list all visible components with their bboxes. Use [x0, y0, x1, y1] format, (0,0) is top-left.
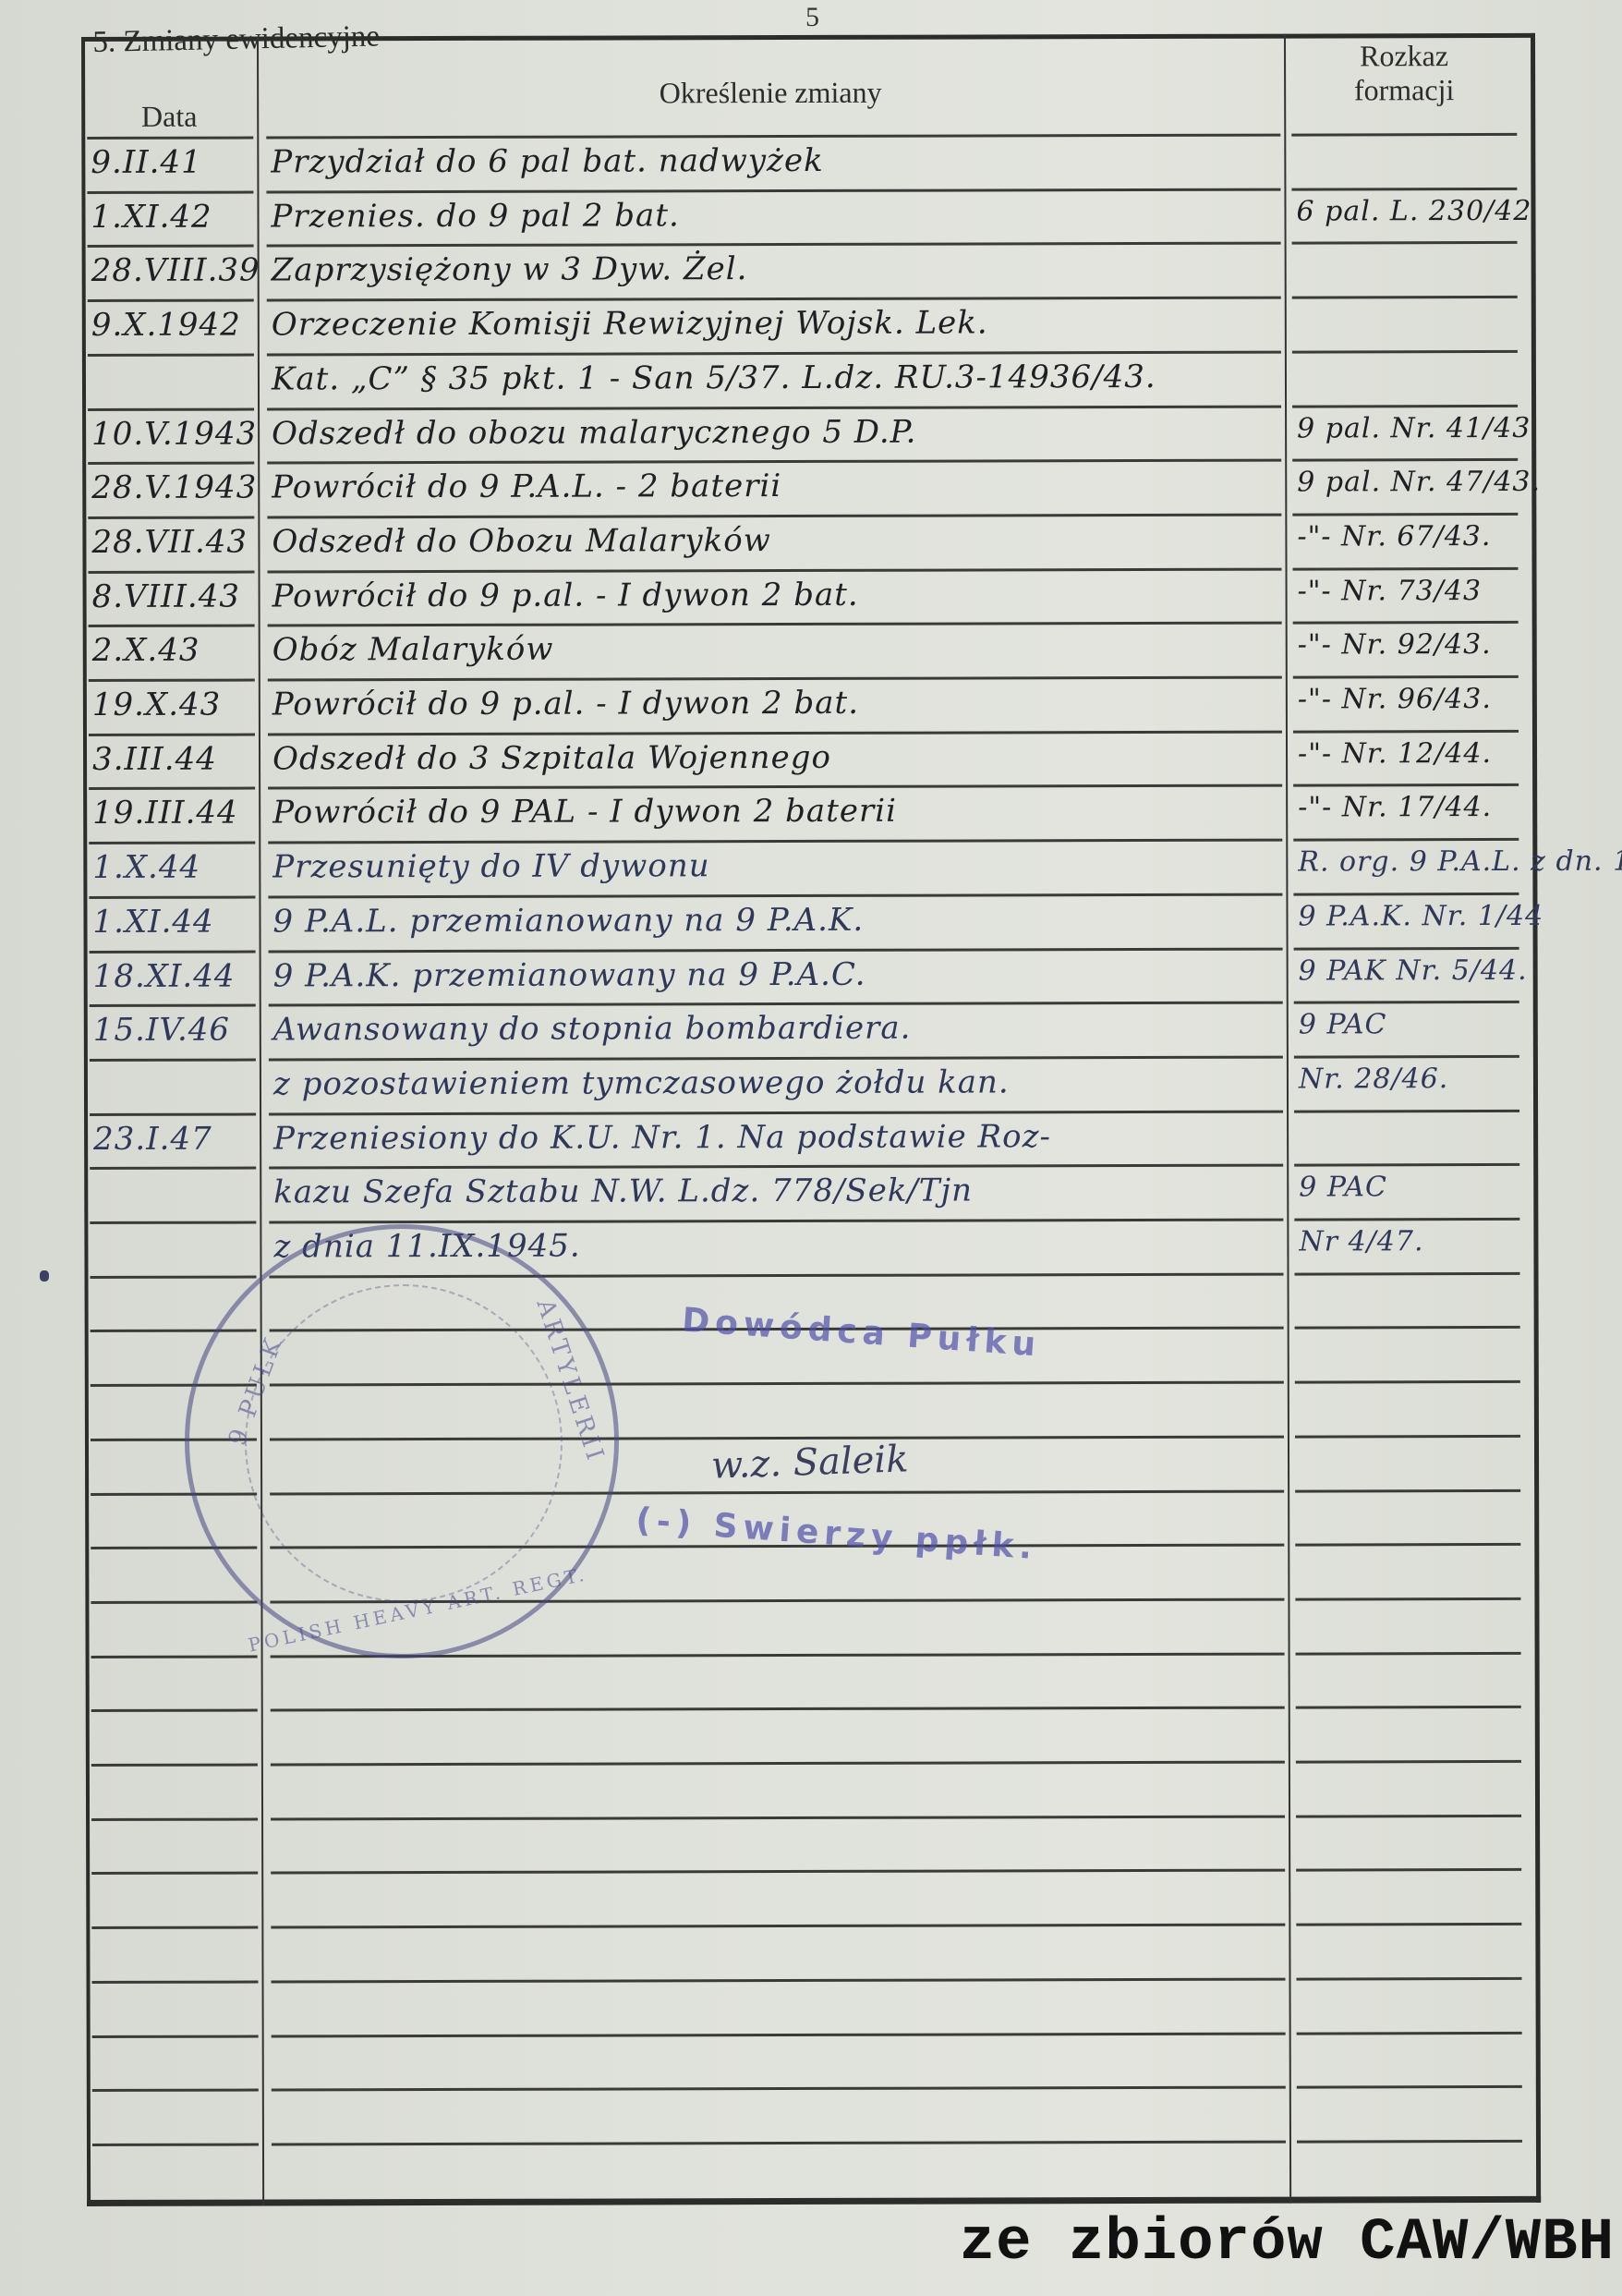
- cell-date: 10.V.1943: [91, 416, 257, 453]
- row-rule: [90, 1167, 256, 1170]
- row-rule: [1297, 1977, 1522, 1981]
- row-rule: [1295, 1543, 1520, 1547]
- cell-description: Odszedł do Obozu Malaryków: [272, 522, 770, 560]
- row-rule: [91, 1709, 258, 1712]
- row-rule: [1295, 1597, 1520, 1601]
- cell-date: 2.X.43: [92, 632, 200, 669]
- row-rule: [268, 893, 1282, 899]
- cell-date: 1.XI.44: [92, 904, 213, 941]
- cell-date: 1.X.44: [92, 849, 200, 886]
- cell-description: Przesunięty do IV dywonu: [272, 847, 709, 885]
- row-rule: [267, 242, 1281, 248]
- row-rule: [269, 948, 1283, 954]
- row-rule: [90, 951, 256, 954]
- row-rule: [271, 1924, 1285, 1929]
- row-rule: [89, 734, 255, 736]
- row-rule: [1293, 838, 1519, 842]
- row-rule: [88, 354, 254, 357]
- row-rule: [91, 1656, 258, 1658]
- cell-order: -"- Nr. 96/43.: [1298, 683, 1492, 716]
- row-rule: [91, 1818, 258, 1821]
- row-rule: [271, 1707, 1285, 1712]
- row-rule: [1297, 2032, 1522, 2035]
- row-rule: [89, 679, 255, 682]
- cell-order: 6 pal. L. 230/42: [1296, 195, 1531, 228]
- row-rule: [268, 568, 1282, 574]
- row-rule: [91, 1276, 257, 1279]
- row-rule: [1296, 1760, 1521, 1764]
- cell-date: 8.VIII.43: [92, 578, 240, 615]
- cell-description: Przenies. do 9 pal 2 bat.: [271, 197, 679, 235]
- row-rule: [272, 2141, 1286, 2146]
- cell-description: Powrócił do 9 PAL - I dywon 2 baterii: [272, 793, 897, 832]
- row-rule: [1296, 1706, 1521, 1709]
- row-rule: [272, 1978, 1286, 1984]
- row-rule: [92, 2035, 259, 2038]
- row-rule: [89, 625, 255, 627]
- cell-description: Odszedł do 3 Szpitala Wojennego: [272, 739, 831, 778]
- row-rule: [91, 1764, 258, 1767]
- cell-description: Awansowany do stopnia bombardiera.: [273, 1010, 912, 1049]
- row-rule: [267, 297, 1281, 302]
- row-rule: [90, 1113, 256, 1116]
- cell-date: 28.VII.43: [91, 524, 248, 561]
- row-rule: [266, 134, 1280, 140]
- row-rule: [88, 408, 254, 411]
- cell-date: 19.III.44: [92, 795, 238, 832]
- row-rule: [1292, 241, 1518, 245]
- header-order: Rozkaz formacji: [1284, 39, 1524, 107]
- cell-order: -"- Nr. 92/43.: [1298, 628, 1492, 662]
- cell-description: Powrócił do 9 p.al. - I dywon 2 bat.: [272, 685, 859, 723]
- row-rule: [267, 459, 1281, 465]
- row-rule: [91, 1872, 258, 1875]
- cell-date: 1.XI.42: [91, 199, 212, 236]
- row-rule: [1295, 1380, 1520, 1384]
- row-rule: [1294, 1055, 1519, 1059]
- cell-description: Orzeczenie Komisji Rewizyjnej Wojsk. Lek…: [272, 304, 988, 343]
- row-rule: [1294, 947, 1519, 951]
- cell-order: Nr 4/47.: [1299, 1225, 1423, 1257]
- cell-order: -"- Nr. 73/43: [1298, 575, 1483, 608]
- row-rule: [272, 2033, 1286, 2038]
- cell-description: 9 P.A.K. przemianowany na 9 P.A.C.: [273, 956, 866, 995]
- ink-blot: [40, 1270, 49, 1282]
- table-border-bottom: [87, 2196, 1541, 2206]
- row-rule: [1293, 567, 1519, 571]
- row-rule: [90, 1221, 256, 1224]
- cell-description: Powrócił do 9 P.A.L. - 2 baterii: [272, 468, 781, 505]
- row-rule: [1296, 1652, 1521, 1656]
- row-rule: [268, 731, 1282, 736]
- header-description: Określenie zmiany: [257, 75, 1284, 112]
- row-rule: [1292, 513, 1518, 516]
- row-rule: [269, 1111, 1283, 1116]
- cell-description: kazu Szefa Sztabu N.W. L.dz. 778/Sek/Tjn: [273, 1172, 973, 1210]
- row-rule: [1293, 675, 1519, 679]
- row-rule: [1295, 1272, 1520, 1276]
- cell-description: Obóz Malaryków: [272, 631, 554, 669]
- row-rule: [1292, 458, 1518, 462]
- cell-date: 23.I.47: [93, 1121, 212, 1158]
- row-rule: [271, 1761, 1285, 1767]
- row-rule: [91, 1926, 258, 1929]
- row-rule: [88, 462, 254, 465]
- cell-description: Przydział do 6 pal bat. nadwyżek: [271, 142, 823, 181]
- row-rule: [1292, 350, 1518, 354]
- row-rule: [1292, 296, 1518, 299]
- row-rule: [267, 351, 1281, 357]
- row-rule: [1296, 1923, 1521, 1926]
- cell-order: 9 PAC: [1299, 1171, 1387, 1203]
- row-rule: [1293, 893, 1519, 896]
- row-rule: [1294, 1218, 1519, 1221]
- page-number: 5: [805, 2, 819, 33]
- column-divider-date: [257, 36, 264, 2205]
- cell-description: 9 P.A.L. przemianowany na 9 P.A.K.: [272, 902, 864, 941]
- row-rule: [89, 787, 255, 790]
- column-divider-order: [1284, 34, 1291, 2204]
- cell-order: 9 pal. Nr. 47/43.: [1297, 466, 1541, 499]
- row-rule: [1293, 784, 1519, 787]
- table-border-right: [1531, 33, 1541, 2203]
- row-rule: [92, 1981, 259, 1984]
- row-rule: [89, 842, 255, 844]
- row-rule: [1295, 1435, 1520, 1439]
- row-rule: [1296, 1868, 1521, 1872]
- cell-description: Kat. „C” § 35 pkt. 1 - San 5/37. L.dz. R…: [272, 358, 1156, 398]
- row-rule: [269, 1164, 1283, 1170]
- row-rule: [1291, 133, 1517, 137]
- cell-date: 19.X.43: [92, 686, 221, 723]
- cell-date: 28.V.1943: [91, 469, 257, 506]
- cell-date: 9.II.41: [91, 144, 201, 181]
- cell-description: Odszedł do obozu malarycznego 5 D.P.: [272, 414, 916, 453]
- cell-order: 9 P.A.K. Nr. 1/44: [1298, 900, 1543, 933]
- cell-description: z pozostawieniem tymczasowego żołdu kan.: [273, 1063, 1010, 1102]
- header-date: Data: [81, 100, 257, 134]
- row-rule: [1297, 2085, 1522, 2089]
- row-rule: [1294, 1001, 1519, 1004]
- handwritten-signature: w.z. Saleik: [710, 1438, 909, 1487]
- cell-description: Powrócił do 9 p.al. - I dywon 2 bat.: [272, 577, 859, 615]
- row-rule: [268, 839, 1282, 844]
- records-table: Data Określenie zmiany Rozkaz formacji 9…: [81, 33, 1541, 2206]
- row-rule: [267, 406, 1281, 411]
- cell-description: Przeniesiony do K.U. Nr. 1. Na podstawie…: [273, 1118, 1051, 1157]
- row-rule: [91, 1601, 257, 1604]
- row-rule: [1295, 1326, 1520, 1330]
- row-rule: [266, 188, 1280, 194]
- row-rule: [269, 1002, 1283, 1007]
- cell-order: 9 PAC: [1299, 1008, 1387, 1040]
- cell-date: 9.X.1942: [91, 307, 241, 344]
- archive-watermark: ze zbiorów CAW/WBH: [960, 2210, 1615, 2277]
- cell-date: 3.III.44: [92, 741, 217, 778]
- row-rule: [268, 784, 1282, 790]
- row-rule: [1293, 621, 1519, 625]
- row-rule: [1296, 1815, 1521, 1818]
- row-rule: [271, 1869, 1285, 1875]
- cell-order: -"- Nr. 67/43.: [1297, 520, 1491, 553]
- row-rule: [1291, 188, 1517, 191]
- row-rule: [89, 896, 255, 899]
- cell-order: -"- Nr. 17/44.: [1298, 791, 1492, 824]
- row-rule: [271, 1816, 1285, 1821]
- cell-date: 28.VIII.39: [91, 251, 260, 288]
- cell-date: 18.XI.44: [93, 958, 236, 995]
- row-rule: [268, 676, 1282, 682]
- row-rule: [92, 2089, 259, 2092]
- cell-order: 9 PAK Nr. 5/44.: [1299, 954, 1528, 988]
- row-rule: [1293, 730, 1519, 734]
- table-border-left: [81, 37, 91, 2206]
- row-rule: [1297, 2140, 1522, 2144]
- row-rule: [267, 514, 1281, 519]
- row-rule: [88, 516, 254, 519]
- row-rule: [1292, 405, 1518, 408]
- cell-order: R. org. 9 P.A.L. z dn. 1.X.44.: [1298, 844, 1622, 878]
- regiment-stamp: 9 PUŁK ARTYLERII POLISH HEAVY ART. REGT.: [185, 1224, 619, 1658]
- row-rule: [87, 191, 253, 194]
- row-rule: [1294, 1110, 1519, 1113]
- row-rule: [89, 571, 255, 574]
- row-rule: [90, 1004, 256, 1007]
- cell-description: Zaprzysiężony w 3 Dyw. Żel.: [272, 250, 748, 288]
- cell-date: 15.IV.46: [93, 1012, 230, 1049]
- row-rule: [269, 1219, 1283, 1224]
- cell-order: -"- Nr. 12/44.: [1298, 737, 1492, 771]
- row-rule: [272, 2086, 1286, 2092]
- row-rule: [87, 137, 253, 140]
- cell-order: 9 pal. Nr. 41/43: [1297, 412, 1531, 445]
- row-rule: [1295, 1489, 1520, 1493]
- row-rule: [88, 245, 254, 248]
- row-rule: [90, 1059, 256, 1062]
- row-rule: [88, 299, 254, 302]
- cell-order: Nr. 28/46.: [1299, 1063, 1448, 1095]
- row-rule: [92, 2144, 259, 2146]
- row-rule: [1294, 1163, 1519, 1167]
- stamp-emblem: [245, 1284, 563, 1602]
- row-rule: [268, 622, 1282, 627]
- row-rule: [269, 1056, 1283, 1062]
